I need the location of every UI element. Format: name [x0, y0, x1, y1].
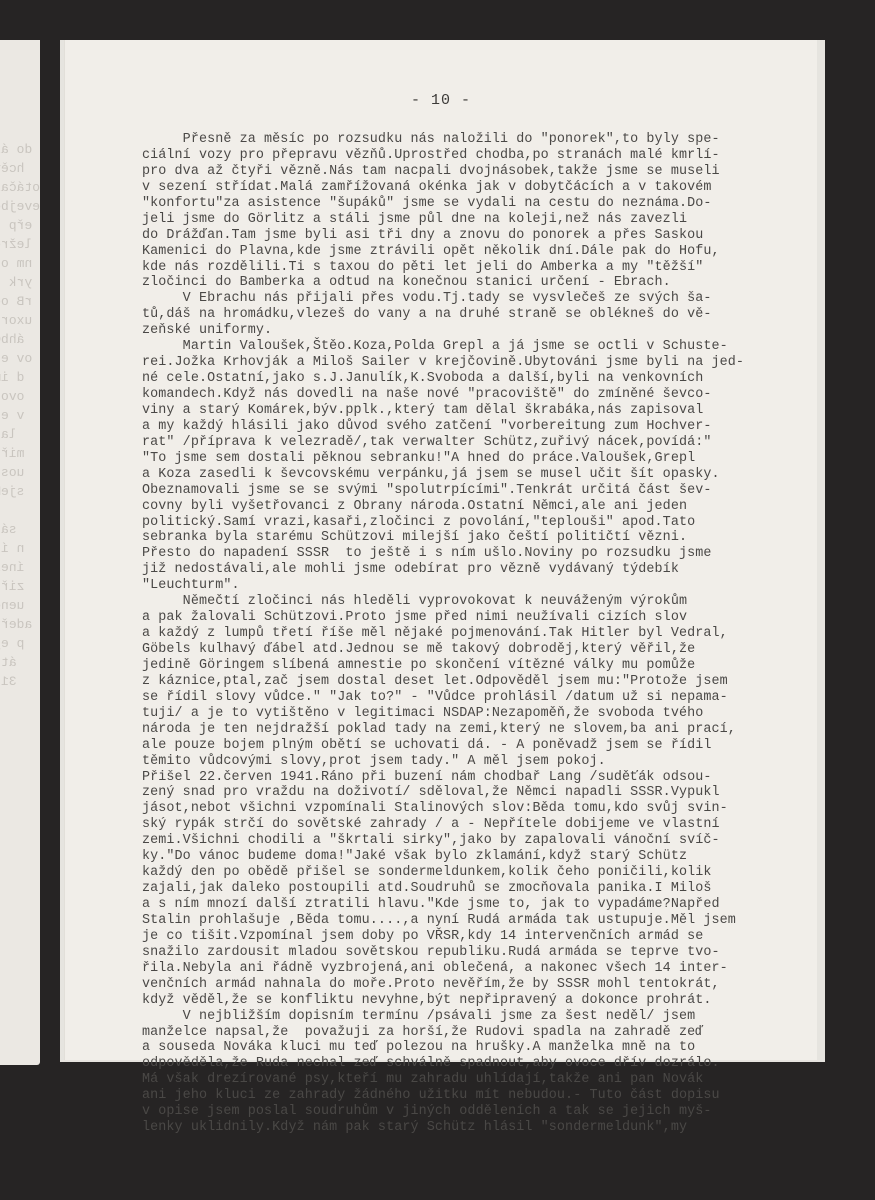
text-line: a souseda Nováka kluci mu teď polezou na…: [142, 1040, 822, 1056]
text-line: každý den po obědě přišel se sondermeldu…: [142, 865, 822, 881]
text-line: V Ebrachu nás přijali přes vodu.Tj.tady …: [142, 291, 822, 307]
page-number: - 10 -: [65, 92, 817, 109]
text-line: viny a starý Komárek,býv.pplk.,který tam…: [142, 403, 822, 419]
text-line: pro dva až čtyři vězně.Nás tam nacpali d…: [142, 164, 822, 180]
text-line: "To jsme sem dostali pěknou sebranku!"A …: [142, 451, 822, 467]
text-line: zločinci do Bamberka a odtud na konečnou…: [142, 275, 822, 291]
text-line: "konfortu"za asistence "šupáků" jsme se …: [142, 196, 822, 212]
text-line: sebranka byla starému Schützovi milejší …: [142, 530, 822, 546]
text-line: již nedostávali,ale mohli jsme odebírat …: [142, 562, 822, 578]
text-line: ský rypák strčí do sovětské zahrady / a …: [142, 817, 822, 833]
text-line: a s ním mnozí další ztratili hlavu."Kde …: [142, 897, 822, 913]
body-text: Přesně za měsíc po rozsudku nás naložili…: [142, 132, 822, 1136]
text-line: zený snad pro vraždu na doživotí/ sdělov…: [142, 785, 822, 801]
text-line: "Leuchturm".: [142, 578, 822, 594]
text-line: do Drážďan.Tam jsme byli asi tři dny a z…: [142, 228, 822, 244]
text-line: Martin Valoušek,Štěo.Koza,Polda Grepl a …: [142, 339, 822, 355]
text-line: se řídil slovy vůdce." "Jak to?" - "Vůdc…: [142, 690, 822, 706]
text-line: Přesně za měsíc po rozsudku nás naložili…: [142, 132, 822, 148]
text-line: Göbels kulhavý ďábel atd.Jednou se mě ta…: [142, 642, 822, 658]
text-line: rat" /příprava k velezradě/,tak verwalte…: [142, 435, 822, 451]
text-line: Němečtí zločinci nás hleděli vyprovokova…: [142, 594, 822, 610]
text-line: Přesto do napadení SSSR to ještě i s ním…: [142, 546, 822, 562]
text-line: a Koza zasedli k ševcovskému verpánku,já…: [142, 467, 822, 483]
text-line: zemi.Všichni chodili a "škrtali sirky",j…: [142, 833, 822, 849]
text-line: ky."Do vánoc budeme doma!"Jaké však bylo…: [142, 849, 822, 865]
text-line: zajali,jak daleko postoupili atd.Soudruh…: [142, 881, 822, 897]
text-line: a my každý hlásili jako důvod svého zatč…: [142, 419, 822, 435]
text-line: jeli jsme do Görlitz a stáli jsme půl dn…: [142, 212, 822, 228]
text-line: V nejbližším dopisním termínu /psávali j…: [142, 1009, 822, 1025]
text-line: lenky uklidnily.Když nám pak starý Schüt…: [142, 1120, 822, 1136]
text-line: těmito vůdcovými slovy,prot jsem tady." …: [142, 754, 822, 770]
text-line: tuji/ a je to vytištěno v legitimaci NSD…: [142, 706, 822, 722]
text-line: Kamenici do Plavna,kde jsme ztrávili opě…: [142, 244, 822, 260]
text-line: Přišel 22.červen 1941.Ráno při buzení ná…: [142, 770, 822, 786]
text-line: rei.Jožka Krhovják a Miloš Sailer v krej…: [142, 355, 822, 371]
text-line: komandech.Když nás dovedli na naše nové …: [142, 387, 822, 403]
adjacent-page-edge: do áz hcěv otáčaz evejbo eřp s ležrd nm …: [0, 40, 40, 1065]
text-line: ani jeho kluci ze zahrady žádného užitku…: [142, 1088, 822, 1104]
text-line: v opise jsem poslal soudruhům v jiných o…: [142, 1104, 822, 1120]
text-line: v sezení střídat.Malá zamřížovaná okénka…: [142, 180, 822, 196]
text-line: politický.Samí vrazi,kasaři,zločinci z p…: [142, 515, 822, 531]
text-line: Stalin prohlašuje ,Běda tomu....,a nyní …: [142, 913, 822, 929]
text-line: a pak žalovali Schützovi.Proto jsme před…: [142, 610, 822, 626]
text-line: snažilo zardousit mladou sovětskou repub…: [142, 945, 822, 961]
text-line: jásot,nebot všichni vzpomínali Stalinový…: [142, 801, 822, 817]
text-line: řila.Nebyla ani řádně vyzbrojená,ani obl…: [142, 961, 822, 977]
text-line: né cele.Ostatní,jako s.J.Janulík,K.Svobo…: [142, 371, 822, 387]
text-line: když věděl,že se konfliktu nevyhne,být n…: [142, 993, 822, 1009]
text-line: Obeznamovali jsme se se svými "spolutrpí…: [142, 483, 822, 499]
text-line: ale pouze bojem plným obětí se uchovati …: [142, 738, 822, 754]
text-line: a každý z lumpů třetí říše měl nějaké po…: [142, 626, 822, 642]
text-line: venčních armád nahnala do moře.Proto nev…: [142, 977, 822, 993]
text-line: z káznice,ptal,zač jsem dostal deset let…: [142, 674, 822, 690]
text-line: kde nás rozdělili.Ti s taxou do pěti let…: [142, 260, 822, 276]
text-line: tů,dáš na hromádku,vlezeš do vany a na d…: [142, 307, 822, 323]
typewritten-page: - 10 - Přesně za měsíc po rozsudku nás n…: [64, 40, 817, 1060]
text-line: covny byli vyšetřovanci z Obrany národa.…: [142, 499, 822, 515]
text-line: jedině Göringem slíbená amnestie po skon…: [142, 658, 822, 674]
text-line: zeňské uniformy.: [142, 323, 822, 339]
text-line: národa je ten nejdražší poklad tady na z…: [142, 722, 822, 738]
text-line: manželce napsal,že považuji za horší,že …: [142, 1025, 822, 1041]
text-line: odpověděla,že Ruda nechal zeď schválně s…: [142, 1056, 822, 1072]
text-line: je co tišit.Vzpomínal jsem doby po VŘSR,…: [142, 929, 822, 945]
text-line: ciální vozy pro přepravu vězňů.Uprostřed…: [142, 148, 822, 164]
adjacent-page-bleed-text: do áz hcěv otáčaz evejbo eřp s ležrd nm …: [0, 140, 40, 691]
text-line: Má však drezírované psy,kteří mu zahradu…: [142, 1072, 822, 1088]
